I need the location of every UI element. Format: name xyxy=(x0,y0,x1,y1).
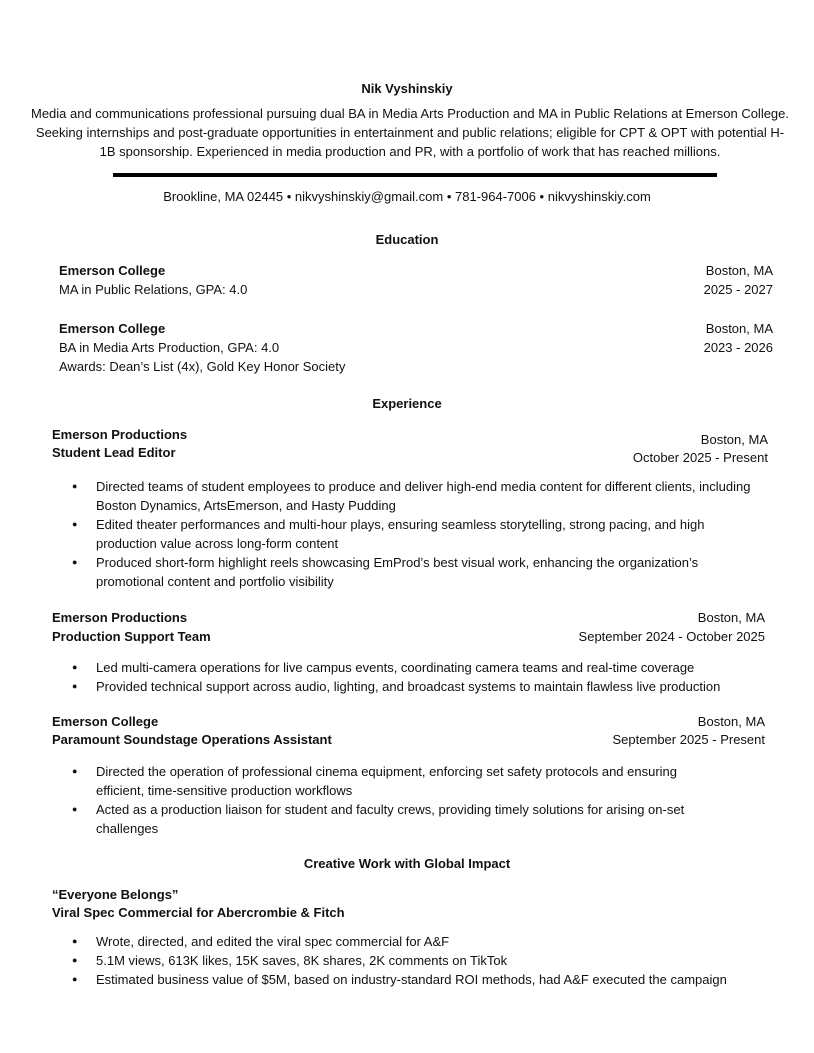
header-divider xyxy=(113,173,717,177)
bullet-item: Directed teams of student employees to p… xyxy=(52,477,752,515)
candidate-name: Nik Vyshinskiy xyxy=(0,81,814,96)
project-title: “Everyone Belongs” xyxy=(52,887,178,902)
bullet-item: Produced short-form highlight reels show… xyxy=(52,553,752,591)
job-bullets: Led multi-camera operations for live cam… xyxy=(52,658,772,696)
summary: Media and communications professional pu… xyxy=(30,104,790,161)
education-awards: Awards: Dean’s List (4x), Gold Key Honor… xyxy=(59,359,345,374)
contact-line: Brookline, MA 02445 • nikvyshinskiy@gmai… xyxy=(0,189,814,204)
job-dates: October 2025 - Present xyxy=(633,450,768,465)
job-organization: Emerson Productions xyxy=(52,427,187,442)
job-organization: Emerson College xyxy=(52,714,158,729)
job-title: Production Support Team xyxy=(52,629,211,644)
job-dates: September 2024 - October 2025 xyxy=(579,629,765,644)
job-organization: Emerson Productions xyxy=(52,610,187,625)
section-heading-creative: Creative Work with Global Impact xyxy=(0,856,814,871)
bullet-item: Directed the operation of professional c… xyxy=(52,762,722,800)
education-degree: MA in Public Relations, GPA: 4.0 xyxy=(59,282,247,297)
education-location: Boston, MA xyxy=(706,263,773,278)
section-heading-experience: Experience xyxy=(0,396,814,411)
job-location: Boston, MA xyxy=(698,610,765,625)
bullet-item: Edited theater performances and multi-ho… xyxy=(52,515,752,553)
project-subtitle: Viral Spec Commercial for Abercrombie & … xyxy=(52,905,345,920)
job-location: Boston, MA xyxy=(701,432,768,447)
job-title: Paramount Soundstage Operations Assistan… xyxy=(52,732,332,747)
job-bullets: Directed the operation of professional c… xyxy=(52,762,722,838)
bullet-item: Provided technical support across audio,… xyxy=(52,677,772,696)
bullet-item: Estimated business value of $5M, based o… xyxy=(52,970,792,989)
bullet-item: Led multi-camera operations for live cam… xyxy=(52,658,772,677)
section-heading-education: Education xyxy=(0,232,814,247)
education-degree: BA in Media Arts Production, GPA: 4.0 xyxy=(59,340,279,355)
job-title: Student Lead Editor xyxy=(52,445,176,460)
education-school: Emerson College xyxy=(59,263,165,278)
education-location: Boston, MA xyxy=(706,321,773,336)
education-school: Emerson College xyxy=(59,321,165,336)
bullet-item: Acted as a production liaison for studen… xyxy=(52,800,722,838)
job-bullets: Directed teams of student employees to p… xyxy=(52,477,752,591)
bullet-item: 5.1M views, 613K likes, 15K saves, 8K sh… xyxy=(52,951,792,970)
bullet-item: Wrote, directed, and edited the viral sp… xyxy=(52,932,792,951)
project-bullets: Wrote, directed, and edited the viral sp… xyxy=(52,932,792,989)
education-dates: 2023 - 2026 xyxy=(704,340,773,355)
education-dates: 2025 - 2027 xyxy=(704,282,773,297)
job-location: Boston, MA xyxy=(698,714,765,729)
job-dates: September 2025 - Present xyxy=(613,732,765,747)
